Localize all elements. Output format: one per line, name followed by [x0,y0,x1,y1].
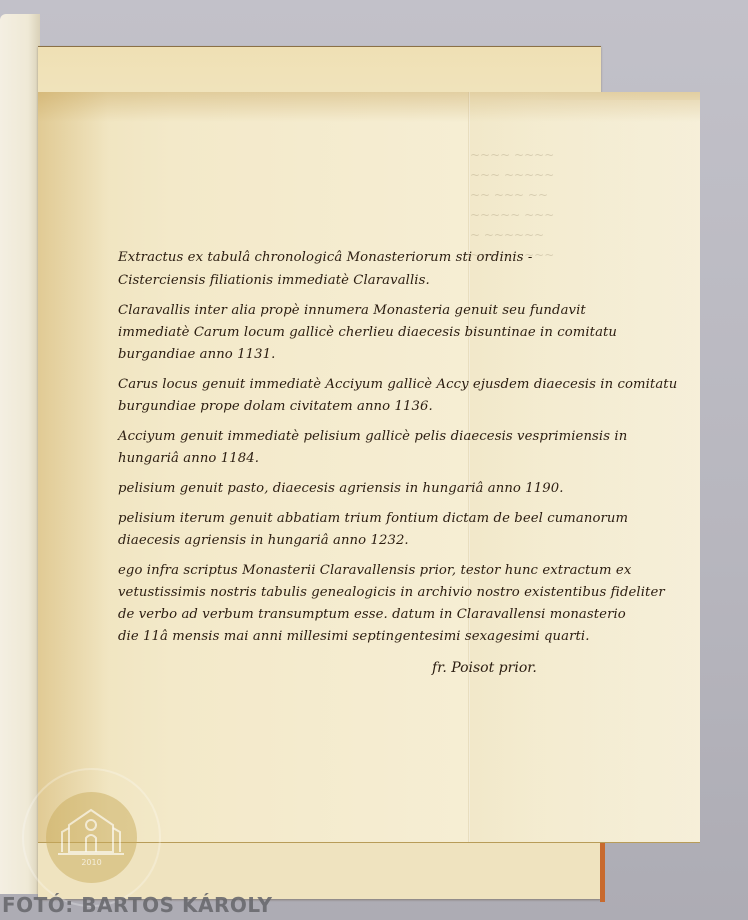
text-line: Carus locus genuit immediatè Acciyum gal… [118,374,678,396]
spacer [118,292,678,300]
paragraph-acciyum: Acciyum genuit immediatè pelisium gallic… [118,426,678,470]
text-line: de verbo ad verbum transumptum esse. dat… [118,604,678,626]
book-left-page [0,14,40,894]
title-line-2: Cisterciensis filiationis immediatè Clar… [118,270,678,292]
text-line: hungariâ anno 1184. [118,448,678,470]
paragraph-pelisium: pelisium genuit pasto, diaecesis agriens… [118,478,678,500]
text-line: immediatè Carum locum gallicè cherlieu d… [118,322,678,344]
manuscript-title: Extractus ex tabulâ chronologicâ Monaste… [118,246,678,292]
bleed-line: ~~~~ ~~~~ [470,145,580,165]
paragraph-carus-locus: Carus locus genuit immediatè Acciyum gal… [118,374,678,418]
bleed-line: ~~ ~~~ ~~ [470,185,580,205]
text-line: burgundiae prope dolam civitatem anno 11… [118,396,678,418]
text-line: diaecesis agriensis in hungariâ anno 123… [118,530,678,552]
bleed-line: ~~~ ~~~~~ [470,165,580,185]
text-line: Claravallis inter alia propè innumera Mo… [118,300,678,322]
text-line: die 11â mensis mai anni millesimi septin… [118,626,678,648]
text-line: vetustissimis nostris tabulis genealogic… [118,582,678,604]
spacer [118,500,678,508]
paragraph-claravallis: Claravallis inter alia propè innumera Mo… [118,300,678,366]
church-building-icon [24,770,159,905]
text-line: pelisium genuit pasto, diaecesis agriens… [118,478,678,500]
manuscript-text: Extractus ex tabulâ chronologicâ Monaste… [118,246,678,648]
bleed-line: ~ ~~~~~~ [470,225,580,245]
title-line-1: Extractus ex tabulâ chronologicâ Monaste… [118,246,678,270]
age-stain-left [38,92,108,842]
bleed-line: ~~~~~ ~~~ [470,205,580,225]
text-line: ego infra scriptus Monasterii Claravalle… [118,560,678,582]
text-line: pelisium iterum genuit abbatiam trium fo… [118,508,678,530]
text-line: Acciyum genuit immediatè pelisium gallic… [118,426,678,448]
paragraph-attestation: ego infra scriptus Monasterii Claravalle… [118,560,678,648]
stamp-year: 2010 [24,858,159,867]
spacer [118,366,678,374]
signature: fr. Poisot prior. [432,660,537,676]
watermark-stamp: 2010 [22,768,161,907]
spacer [118,552,678,560]
title-text: Extractus ex tabulâ chronologicâ Monaste… [118,250,532,265]
paragraph-pelisium-iterum: pelisium iterum genuit abbatiam trium fo… [118,508,678,552]
spacer [118,418,678,426]
photo-credit: FOTÓ: BARTOS KÁROLY [2,893,273,917]
text-line: burgandiae anno 1131. [118,344,678,366]
spacer [118,470,678,478]
